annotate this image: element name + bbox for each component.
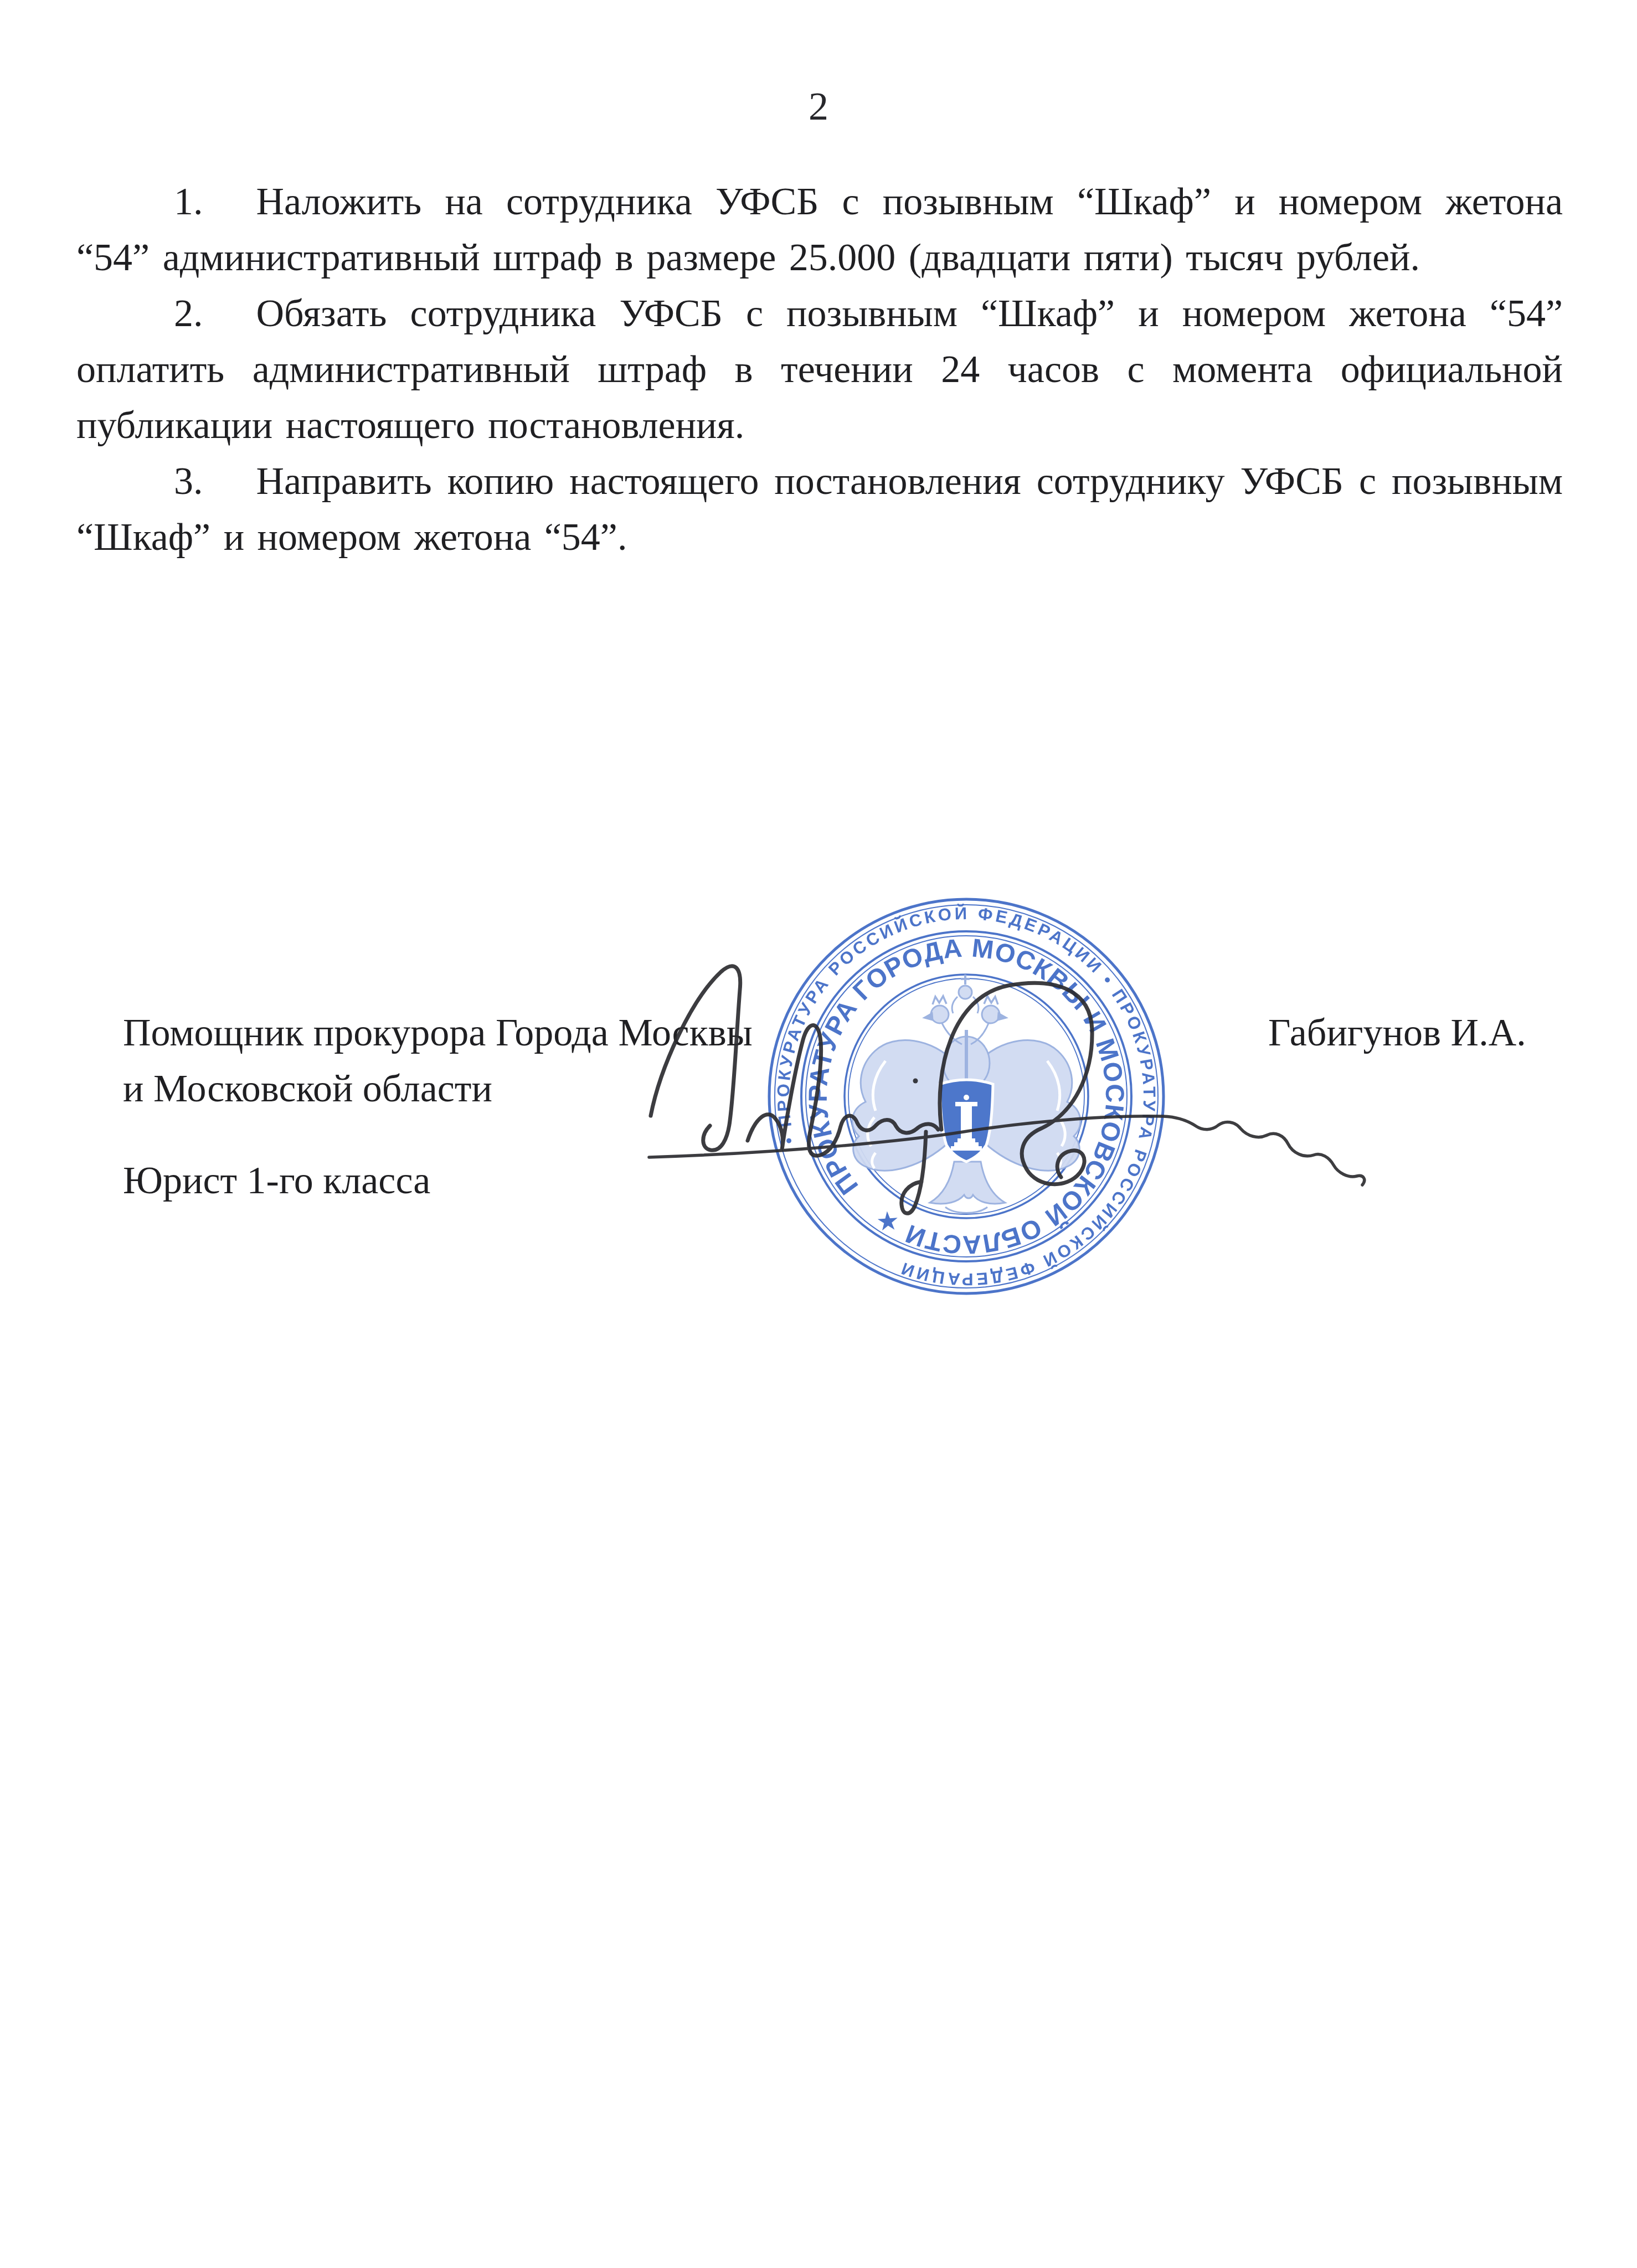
signature-descender-stroke xyxy=(902,1132,926,1213)
resolution-text: 1.Наложить на сотрудника УФСБ с позывным… xyxy=(76,174,1563,565)
signature-initial-stroke xyxy=(651,966,740,1150)
handwritten-signature xyxy=(620,903,1396,1279)
body-line: 3.Направить копию настоящего постановлен… xyxy=(76,453,1563,509)
signature-loop-stroke xyxy=(940,983,1092,1184)
body-line: оплатить административный штраф в течени… xyxy=(76,342,1563,398)
page-number: 2 xyxy=(0,79,1637,135)
body-line: 2.Обязать сотрудника УФСБ с позывным “Шк… xyxy=(76,286,1563,342)
body-line: “Шкаф” и номером жетона “54”. xyxy=(76,509,1563,565)
paragraph-number: 3. xyxy=(174,460,203,503)
document-page: 2 1.Наложить на сотрудника УФСБ с позывн… xyxy=(0,0,1637,2268)
paragraph-number: 2. xyxy=(174,292,203,335)
signature-underline-stroke xyxy=(649,1116,1365,1185)
paragraph-number: 1. xyxy=(174,181,203,223)
signature-letters-stroke xyxy=(748,1025,938,1156)
body-line: “54” административный штраф в размере 25… xyxy=(76,230,1563,286)
body-line: публикации настоящего постановления. xyxy=(76,398,1563,453)
body-line: 1.Наложить на сотрудника УФСБ с позывным… xyxy=(76,174,1563,230)
line-text: Обязать сотрудника УФСБ с позывным “Шкаф… xyxy=(256,292,1563,335)
line-text: Направить копию настоящего постановления… xyxy=(256,460,1563,503)
line-text: Наложить на сотрудника УФСБ с позывным “… xyxy=(256,181,1563,223)
